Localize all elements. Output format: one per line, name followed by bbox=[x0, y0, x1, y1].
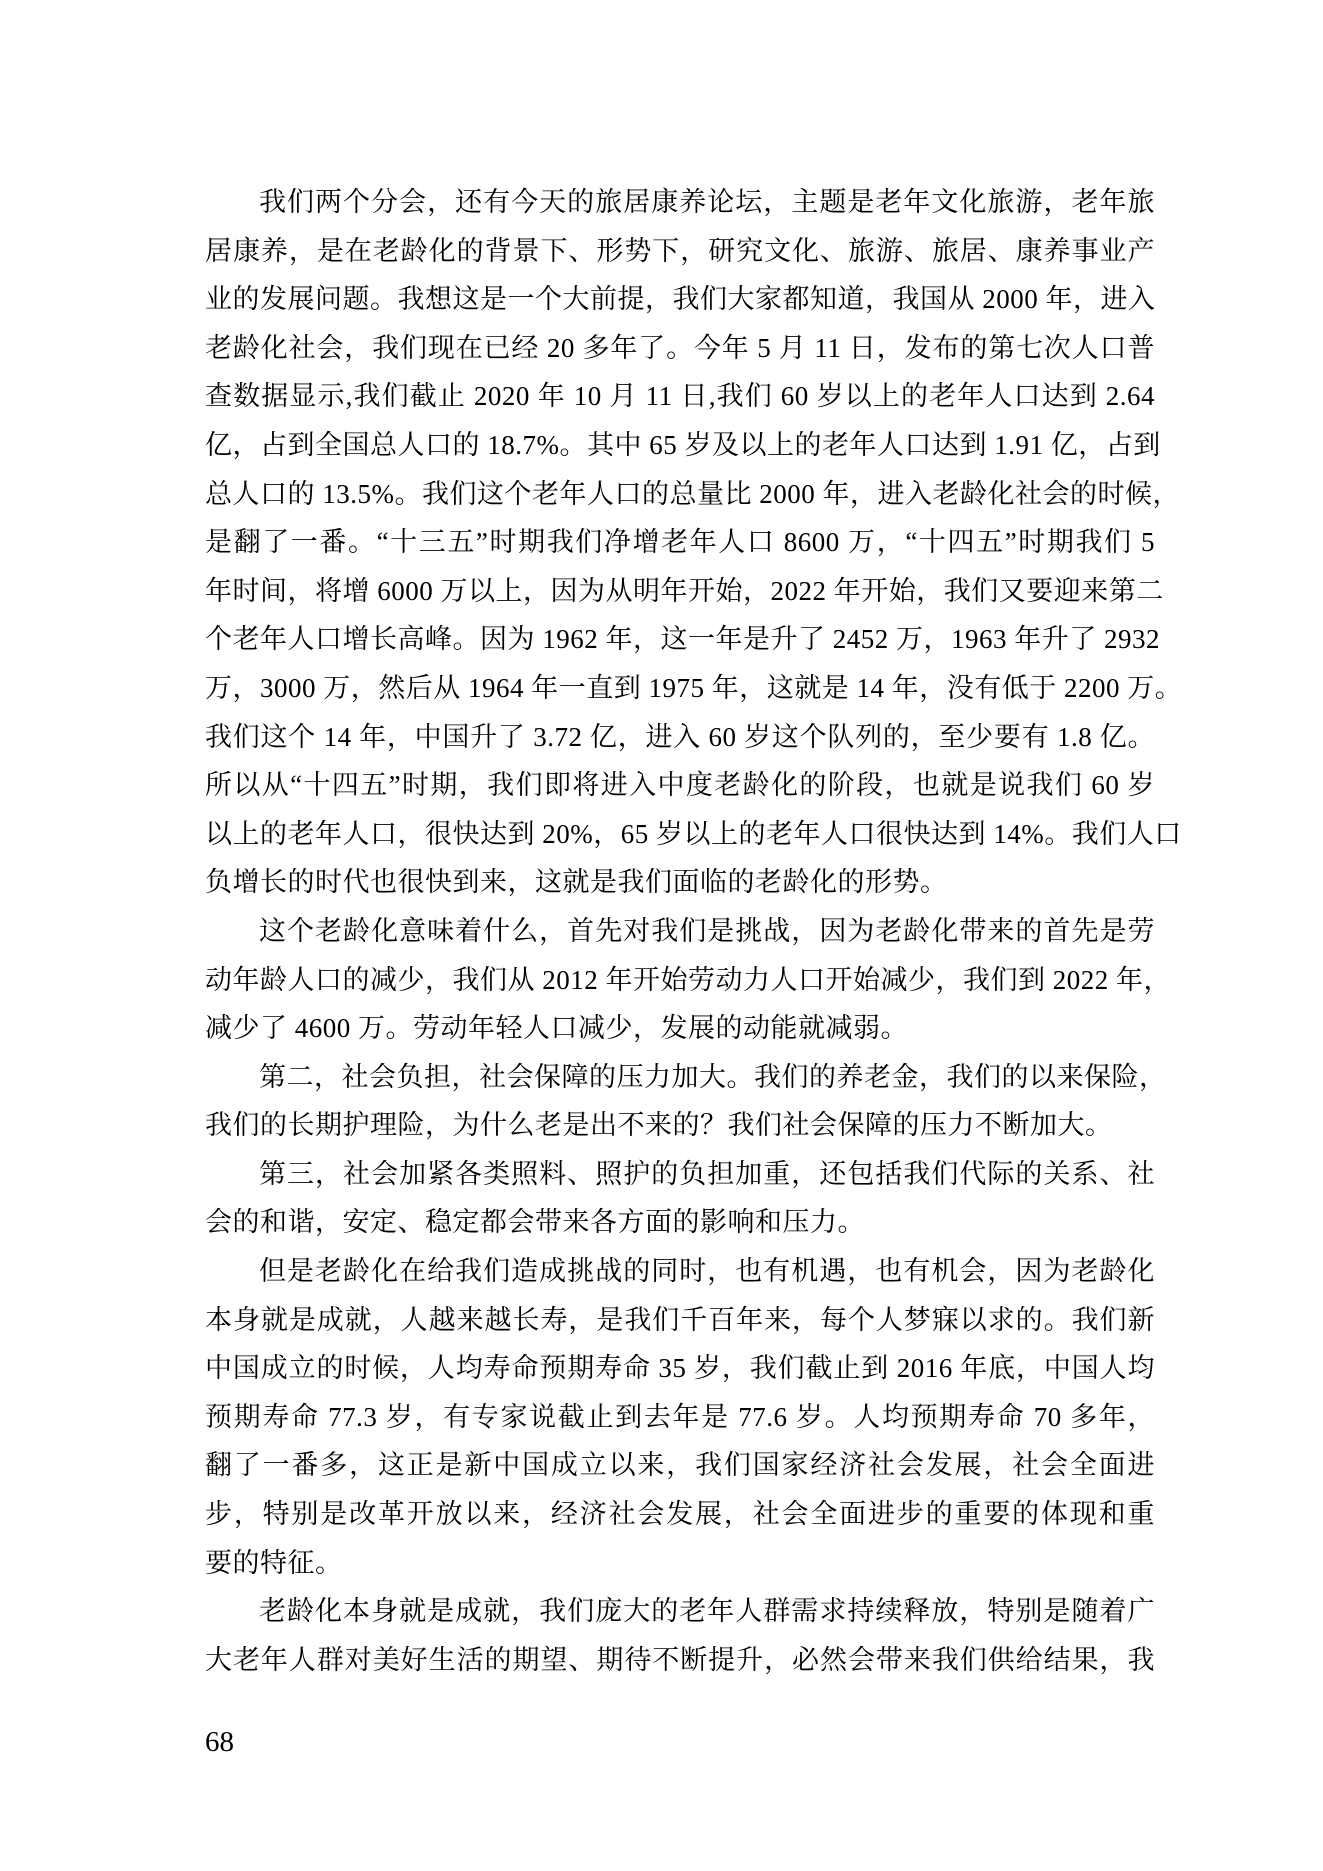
text-line: 总人口的 13.5%。我们这个老年人口的总量比 2000 年，进入老龄化社会的时… bbox=[205, 470, 1155, 519]
text-line: 老龄化社会，我们现在已经 20 多年了。今年 5 月 11 日，发布的第七次人口… bbox=[205, 324, 1155, 373]
text-line: 万，3000 万，然后从 1964 年一直到 1975 年，这就是 14 年，没… bbox=[205, 664, 1155, 713]
text-line: 以上的老年人口，很快达到 20%，65 岁以上的老年人口很快达到 14%。我们人… bbox=[205, 810, 1155, 859]
text-line: 本身就是成就，人越来越长寿，是我们千百年来，每个人梦寐以求的。我们新 bbox=[205, 1296, 1155, 1345]
text-line: 要的特征。 bbox=[205, 1539, 1155, 1588]
text-line: 第二，社会负担，社会保障的压力加大。我们的养老金，我们的以来保险， bbox=[205, 1053, 1155, 1102]
text-line: 个老年人口增长高峰。因为 1962 年，这一年是升了 2452 万，1963 年… bbox=[205, 615, 1155, 664]
text-line: 负增长的时代也很快到来，这就是我们面临的老龄化的形势。 bbox=[205, 858, 1155, 907]
page-number: 68 bbox=[205, 1722, 234, 1762]
text-line: 中国成立的时候，人均寿命预期寿命 35 岁，我们截止到 2016 年底，中国人均 bbox=[205, 1344, 1155, 1393]
text-line: 翻了一番多，这正是新中国成立以来，我们国家经济社会发展，社会全面进 bbox=[205, 1441, 1155, 1490]
text-line: 是翻了一番。“十三五”时期我们净增老年人口 8600 万，“十四五”时期我们 5 bbox=[205, 518, 1155, 567]
text-line: 预期寿命 77.3 岁，有专家说截止到去年是 77.6 岁。人均预期寿命 70 … bbox=[205, 1393, 1155, 1442]
text-line: 这个老龄化意味着什么，首先对我们是挑战，因为老龄化带来的首先是劳 bbox=[205, 907, 1155, 956]
text-line: 大老年人群对美好生活的期望、期待不断提升，必然会带来我们供给结果，我 bbox=[205, 1636, 1155, 1685]
text-line: 年时间，将增 6000 万以上，因为从明年开始，2022 年开始，我们又要迎来第… bbox=[205, 567, 1155, 616]
text-line: 动年龄人口的减少，我们从 2012 年开始劳动力人口开始减少，我们到 2022 … bbox=[205, 956, 1155, 1005]
text-line: 步，特别是改革开放以来，经济社会发展，社会全面进步的重要的体现和重 bbox=[205, 1490, 1155, 1539]
document-page: 我们两个分会，还有今天的旅居康养论坛，主题是老年文化旅游，老年旅居康养，是在老龄… bbox=[0, 0, 1323, 1871]
text-line: 但是老龄化在给我们造成挑战的同时，也有机遇，也有机会，因为老龄化 bbox=[205, 1247, 1155, 1296]
document-body: 我们两个分会，还有今天的旅居康养论坛，主题是老年文化旅游，老年旅居康养，是在老龄… bbox=[205, 178, 1155, 1684]
text-line: 我们的长期护理险，为什么老是出不来的？我们社会保障的压力不断加大。 bbox=[205, 1101, 1155, 1150]
text-line: 所以从“十四五”时期，我们即将进入中度老龄化的阶段，也就是说我们 60 岁 bbox=[205, 761, 1155, 810]
text-line: 第三，社会加紧各类照料、照护的负担加重，还包括我们代际的关系、社 bbox=[205, 1150, 1155, 1199]
text-line: 老龄化本身就是成就，我们庞大的老年人群需求持续释放，特别是随着广 bbox=[205, 1587, 1155, 1636]
text-line: 我们两个分会，还有今天的旅居康养论坛，主题是老年文化旅游，老年旅 bbox=[205, 178, 1155, 227]
text-line: 居康养，是在老龄化的背景下、形势下，研究文化、旅游、旅居、康养事业产 bbox=[205, 227, 1155, 276]
text-line: 业的发展问题。我想这是一个大前提，我们大家都知道，我国从 2000 年，进入 bbox=[205, 275, 1155, 324]
text-line: 查数据显示,我们截止 2020 年 10 月 11 日,我们 60 岁以上的老年… bbox=[205, 372, 1155, 421]
text-line: 减少了 4600 万。劳动年轻人口减少，发展的动能就减弱。 bbox=[205, 1004, 1155, 1053]
text-line: 我们这个 14 年，中国升了 3.72 亿，进入 60 岁这个队列的，至少要有 … bbox=[205, 713, 1155, 762]
text-line: 亿，占到全国总人口的 18.7%。其中 65 岁及以上的老年人口达到 1.91 … bbox=[205, 421, 1155, 470]
text-line: 会的和谐，安定、稳定都会带来各方面的影响和压力。 bbox=[205, 1198, 1155, 1247]
